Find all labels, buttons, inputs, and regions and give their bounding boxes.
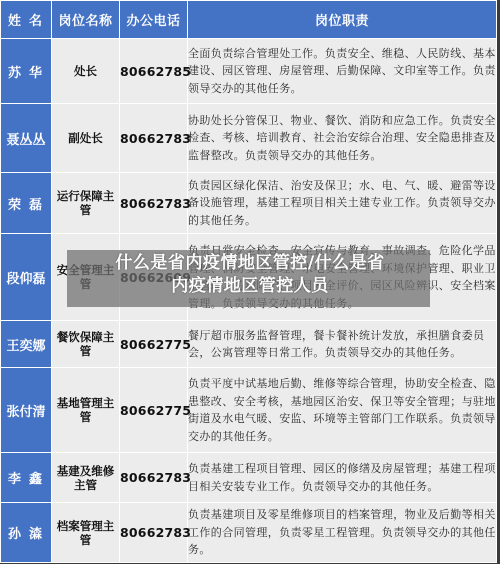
overlay-title-line2: 内疫情地区管控人员 [60,275,440,298]
title-cell: 处长 [52,39,120,104]
duty-cell: 协助处长分管保卫、物业、餐饮、消防和应急工作。负责安全检查、考核、培训教育、社会… [188,104,497,173]
phone-cell: 80662785 [120,39,188,104]
overlay-title-line1: 什么是省内疫情地区管控/什么是省 [60,252,440,275]
phone-cell: 80662775 [120,368,188,453]
title-cell: 基建及维修主管 [52,453,120,503]
phone-cell: 80662783 [120,104,188,173]
table-row: 王奕娜 餐饮保障主管 80662775 餐厅超市服务监督管理，餐卡餐补统计发放，… [1,321,497,368]
table-row: 苏华 处长 80662785 全面负责综合管理处工作。负责安全、维稳、人民防线、… [1,39,497,104]
name-cell: 张付清 [1,368,52,453]
title-cell: 档案管理主管 [52,503,120,563]
duty-cell: 负责基建项目及零星维修项目的档案管理，物业及后勤等相关工作的合同管理，负责零星工… [188,503,497,563]
duty-cell: 全面负责综合管理处工作。负责安全、维稳、人民防线、基本建设、园区管理、房屋管理、… [188,39,497,104]
name-cell: 荣磊 [1,173,52,234]
name-cell: 孙潹 [1,503,52,563]
table-row: 荣磊 运行保障主管 80662783 负责园区绿化保洁、治安及保卫；水、电、气、… [1,173,497,234]
title-cell: 运行保障主管 [52,173,120,234]
table-row: 张付清 基地管理主管 80662775 负责平度中试基地后勤、维修等综合管理，协… [1,368,497,453]
table-row: 孙潹 档案管理主管 80662783 负责基建项目及零星维修项目的档案管理，物业… [1,503,497,563]
name-cell: 聂丛丛 [1,104,52,173]
header-name: 姓名 [1,1,52,39]
phone-cell: 80662783 [120,453,188,503]
duty-cell: 餐厅超市服务监督管理，餐卡餐补统计发放，承担膳食委员会，公寓管理等日常工作。负责… [188,321,497,368]
title-cell: 基地管理主管 [52,368,120,453]
overlay-title: 什么是省内疫情地区管控/什么是省 内疫情地区管控人员 [60,252,440,298]
table-row: 李鑫 基建及维修主管 80662783 负责基建工程项目管理、园区的修缮及房屋管… [1,453,497,503]
name-cell: 段仰磊 [1,234,52,321]
title-cell: 餐饮保障主管 [52,321,120,368]
phone-cell: 80662783 [120,173,188,234]
duty-cell: 负责平度中试基地后勤、维修等综合管理，协助安全检查、隐患整改、安全考核，基地园区… [188,368,497,453]
name-cell: 苏华 [1,39,52,104]
phone-cell: 80662775 [120,321,188,368]
duty-cell: 负责园区绿化保洁、治安及保卫；水、电、气、暖、避雷等设备设施管理，基建工程项目相… [188,173,497,234]
title-cell: 副处长 [52,104,120,173]
header-title: 岗位名称 [52,1,120,39]
header-phone: 办公电话 [120,1,188,39]
table-header-row: 姓名 岗位名称 办公电话 岗位职责 [1,1,497,39]
name-cell: 李鑫 [1,453,52,503]
table-row: 聂丛丛 副处长 80662783 协助处长分管保卫、物业、餐饮、消防和应急工作。… [1,104,497,173]
phone-cell: 80662783 [120,503,188,563]
header-duty: 岗位职责 [188,1,497,39]
duty-cell: 负责基建工程项目管理、园区的修缮及房屋管理；基建工程项目相关安装专业工作。负责领… [188,453,497,503]
name-cell: 王奕娜 [1,321,52,368]
